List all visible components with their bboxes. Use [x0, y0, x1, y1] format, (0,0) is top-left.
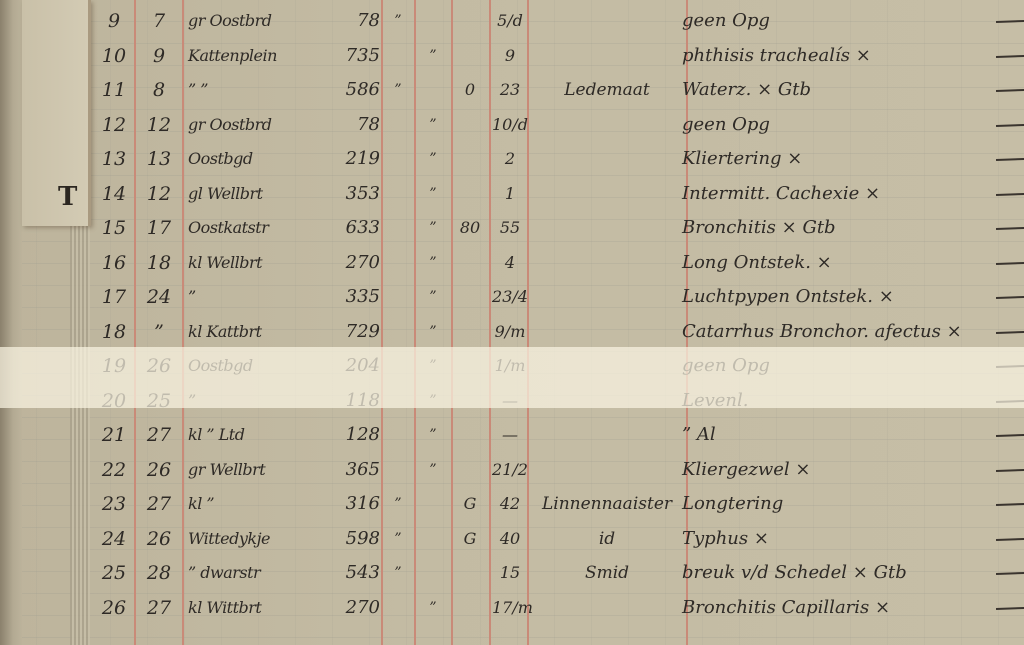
entry-number: 10 [96, 38, 132, 74]
closing-dash-stroke [996, 502, 1024, 505]
entry-house-number: 128 [334, 417, 380, 453]
entry-street: ” dwarstr [188, 555, 328, 591]
entry-number: 21 [96, 417, 132, 453]
table-row: 2528” dwarstr543”15Smidbreuk v/d Schedel… [0, 555, 1024, 591]
entry-occupation: Smid [532, 555, 682, 591]
entry-house-number: 365 [334, 452, 380, 488]
entry-col-b: ” [416, 314, 450, 350]
entry-age: 17/m [492, 590, 528, 626]
entry-cause: ” Al [682, 417, 982, 453]
entry-occupation: id [532, 521, 682, 557]
closing-dash-stroke [996, 468, 1024, 471]
table-row: 2627kl Wittbrt270”17/mBronchitis Capilla… [0, 590, 1024, 626]
entry-day: 27 [140, 590, 178, 626]
entry-col-b: ” [416, 176, 450, 212]
entry-number: 22 [96, 452, 132, 488]
entry-cause: Waterz. × Gtb [682, 72, 982, 108]
entry-house-number: 543 [334, 555, 380, 591]
table-row: 2127kl ” Ltd128”—” Al [0, 417, 1024, 453]
entry-house-number: 270 [334, 590, 380, 626]
entry-age: 4 [492, 245, 528, 281]
entry-age: 10/d [492, 107, 528, 143]
table-row: 1517Oostkatstr633”8055Bronchitis × Gtb [0, 210, 1024, 246]
entry-age: 23 [492, 72, 528, 108]
table-row: 2327kl ”316”G42LinnennaaisterLongtering [0, 486, 1024, 522]
entry-number: 12 [96, 107, 132, 143]
entry-number: 14 [96, 176, 132, 212]
entry-day: 12 [140, 176, 178, 212]
entry-number: 25 [96, 555, 132, 591]
entry-day: ” [140, 314, 178, 350]
entry-cause: Long Ontstek. × [682, 245, 982, 281]
entry-day: 8 [140, 72, 178, 108]
entry-cause: geen Opg [682, 3, 982, 39]
closing-dash-stroke [996, 537, 1024, 540]
entry-col-b: ” [416, 38, 450, 74]
entry-day: 7 [140, 3, 178, 39]
table-row: 1412gl Wellbrt353”1Intermitt. Cachexie × [0, 176, 1024, 212]
closing-dash-stroke [996, 330, 1024, 333]
entry-house-number: 316 [334, 486, 380, 522]
entry-street: gl Wellbrt [188, 176, 328, 212]
closing-dash-stroke [996, 157, 1024, 160]
entry-number: 18 [96, 314, 132, 350]
entry-cause: Kliergezwel × [682, 452, 982, 488]
entry-number: 11 [96, 72, 132, 108]
entry-age: 21/2 [492, 452, 528, 488]
table-row: 2226gr Wellbrt365”21/2Kliergezwel × [0, 452, 1024, 488]
closing-dash-stroke [996, 192, 1024, 195]
entry-age: 9 [492, 38, 528, 74]
entry-col-a: ” [383, 3, 413, 39]
entry-street: kl Kattbrt [188, 314, 328, 350]
entry-house-number: 586 [334, 72, 380, 108]
table-row: 97gr Oostbrd78”5/dgeen Opg [0, 3, 1024, 39]
entry-day: 12 [140, 107, 178, 143]
entry-col-c: 80 [452, 210, 488, 246]
entry-street: gr Oostbrd [188, 107, 328, 143]
entry-cause: Intermitt. Cachexie × [682, 176, 982, 212]
entry-cause: Bronchitis Capillaris × [682, 590, 982, 626]
entry-house-number: 353 [334, 176, 380, 212]
entry-col-a: ” [383, 72, 413, 108]
table-row: 1724”335”23/4Luchtpypen Ontstek. × [0, 279, 1024, 315]
entry-day: 18 [140, 245, 178, 281]
entry-col-c: G [452, 486, 488, 522]
closing-dash-stroke [996, 123, 1024, 126]
entry-house-number: 735 [334, 38, 380, 74]
closing-dash-stroke [996, 261, 1024, 264]
entry-house-number: 335 [334, 279, 380, 315]
entry-street: ” ” [188, 72, 328, 108]
entry-house-number: 78 [334, 107, 380, 143]
entry-number: 16 [96, 245, 132, 281]
entry-cause: Kliertering × [682, 141, 982, 177]
entry-col-b: ” [416, 107, 450, 143]
entry-col-c: G [452, 521, 488, 557]
entry-cause: Longtering [682, 486, 982, 522]
closing-dash-stroke [996, 433, 1024, 436]
entry-street: gr Wellbrt [188, 452, 328, 488]
closing-dash-stroke [996, 54, 1024, 57]
entry-house-number: 270 [334, 245, 380, 281]
entry-cause: Bronchitis × Gtb [682, 210, 982, 246]
entry-street: kl ” [188, 486, 328, 522]
entry-street: Wittedykje [188, 521, 328, 557]
entry-number: 23 [96, 486, 132, 522]
entry-day: 24 [140, 279, 178, 315]
entry-day: 27 [140, 417, 178, 453]
entry-number: 24 [96, 521, 132, 557]
entry-number: 9 [96, 3, 132, 39]
table-row: 18”kl Kattbrt729”9/mCatarrhus Bronchor. … [0, 314, 1024, 350]
closing-dash-stroke [996, 295, 1024, 298]
entry-age: 15 [492, 555, 528, 591]
entry-col-b: ” [416, 245, 450, 281]
highlight-band [0, 347, 1024, 408]
entry-age: 55 [492, 210, 528, 246]
table-row: 1618kl Wellbrt270”4Long Ontstek. × [0, 245, 1024, 281]
entry-col-b: ” [416, 417, 450, 453]
table-row: 1313Oostbgd219”2Kliertering × [0, 141, 1024, 177]
entry-age: 5/d [492, 3, 528, 39]
entry-col-b: ” [416, 590, 450, 626]
entry-cause: phthisis trachealís × [682, 38, 982, 74]
entry-number: 17 [96, 279, 132, 315]
entry-number: 13 [96, 141, 132, 177]
entry-col-a: ” [383, 486, 413, 522]
entry-col-b: ” [416, 141, 450, 177]
entry-day: 9 [140, 38, 178, 74]
entry-age: 23/4 [492, 279, 528, 315]
entry-house-number: 598 [334, 521, 380, 557]
entry-house-number: 633 [334, 210, 380, 246]
entry-cause: breuk v/d Schedel × Gtb [682, 555, 982, 591]
entry-col-a: ” [383, 521, 413, 557]
entry-cause: Catarrhus Bronchor. afectus × [682, 314, 982, 350]
entry-house-number: 729 [334, 314, 380, 350]
entry-day: 26 [140, 452, 178, 488]
entry-cause: Typhus × [682, 521, 982, 557]
entry-street: Kattenplein [188, 38, 328, 74]
entry-street: kl Wellbrt [188, 245, 328, 281]
entry-street: Oostbgd [188, 141, 328, 177]
entry-age: 42 [492, 486, 528, 522]
entry-age: — [492, 417, 528, 453]
entry-house-number: 78 [334, 3, 380, 39]
entry-number: 15 [96, 210, 132, 246]
entry-col-c: 0 [452, 72, 488, 108]
entry-house-number: 219 [334, 141, 380, 177]
table-row: 118” ”586”023LedemaatWaterz. × Gtb [0, 72, 1024, 108]
entry-number: 26 [96, 590, 132, 626]
entry-street: gr Oostbrd [188, 3, 328, 39]
entry-col-b: ” [416, 210, 450, 246]
entry-col-a: ” [383, 555, 413, 591]
entry-street: kl ” Ltd [188, 417, 328, 453]
entry-col-b: ” [416, 279, 450, 315]
closing-dash-stroke [996, 88, 1024, 91]
entry-day: 26 [140, 521, 178, 557]
closing-dash-stroke [996, 606, 1024, 609]
table-row: 109Kattenplein735”9phthisis trachealís × [0, 38, 1024, 74]
entry-day: 13 [140, 141, 178, 177]
closing-dash-stroke [996, 19, 1024, 22]
entry-day: 27 [140, 486, 178, 522]
entry-cause: Luchtpypen Ontstek. × [682, 279, 982, 315]
entry-cause: geen Opg [682, 107, 982, 143]
entry-age: 40 [492, 521, 528, 557]
entry-day: 28 [140, 555, 178, 591]
entry-occupation: Ledemaat [532, 72, 682, 108]
entry-age: 2 [492, 141, 528, 177]
table-row: 2426Wittedykje598”G40idTyphus × [0, 521, 1024, 557]
entry-col-b: ” [416, 452, 450, 488]
entry-age: 1 [492, 176, 528, 212]
closing-dash-stroke [996, 226, 1024, 229]
entry-day: 17 [140, 210, 178, 246]
entry-occupation: Linnennaaister [532, 486, 682, 522]
entry-street: Oostkatstr [188, 210, 328, 246]
entry-street: kl Wittbrt [188, 590, 328, 626]
closing-dash-stroke [996, 571, 1024, 574]
entry-age: 9/m [492, 314, 528, 350]
table-row: 1212gr Oostbrd78”10/dgeen Opg [0, 107, 1024, 143]
entry-street: ” [188, 279, 328, 315]
